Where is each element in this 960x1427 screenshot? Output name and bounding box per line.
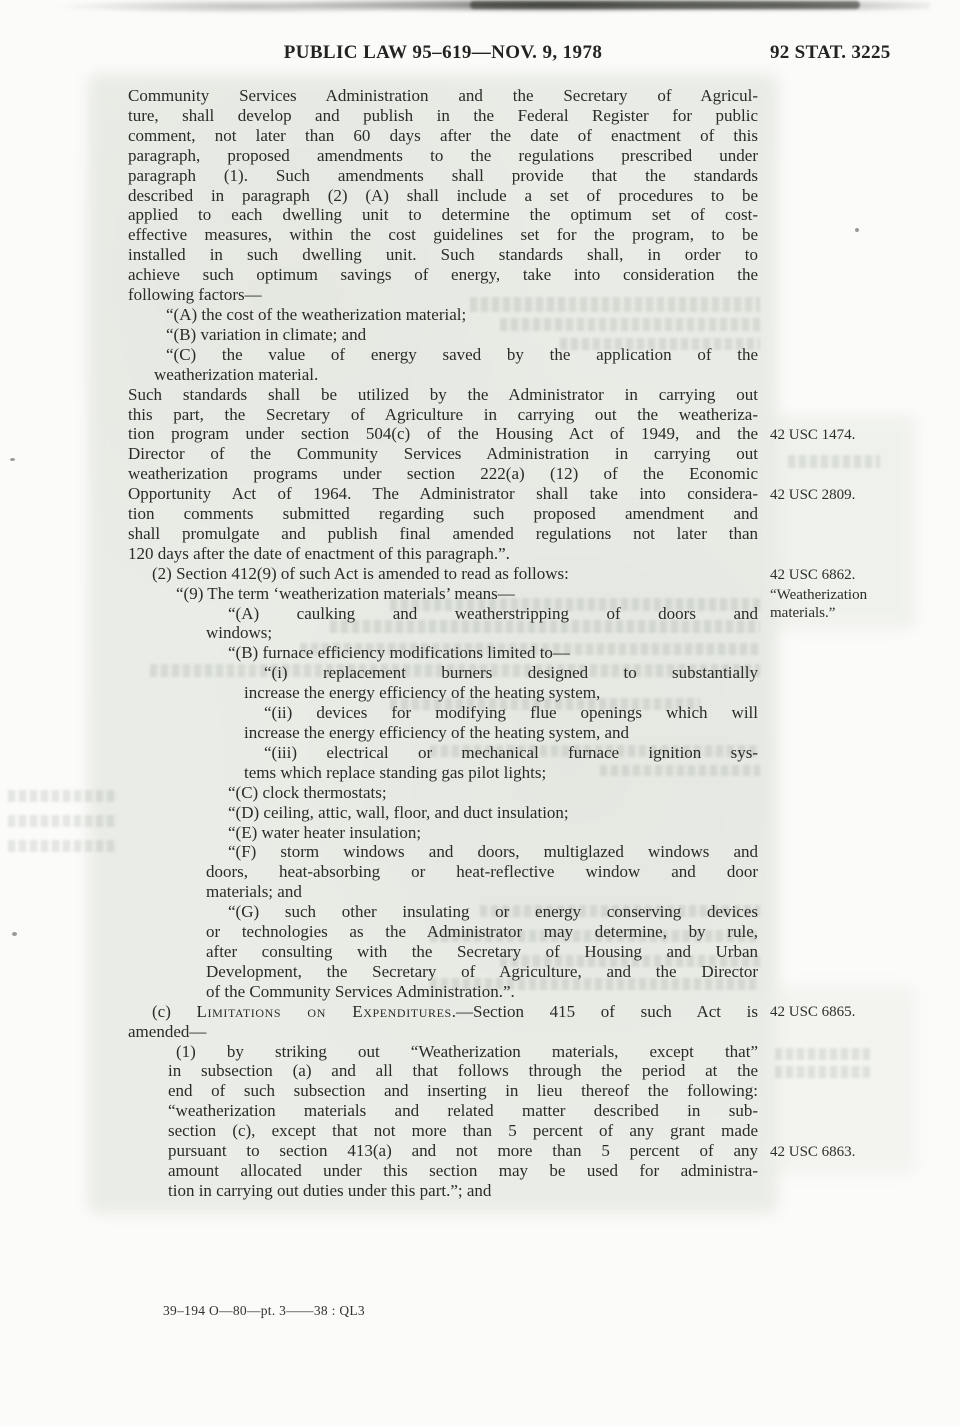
text-line: weatherization material. (154, 365, 758, 385)
text-line: tion program under section 504(c) of the… (128, 424, 758, 444)
text-line: Development, the Secretary of Agricultur… (206, 962, 758, 982)
text-line: “(C) clock thermostats; (228, 783, 758, 803)
text-line: “(D) ceiling, attic, wall, floor, and du… (228, 803, 758, 823)
text-line: (1) by striking out “Weatherization mate… (168, 1042, 758, 1062)
printer-footer: 39–194 O—80—pt. 3——38 : QL3 (163, 1303, 365, 1319)
text-line: tion in carrying out duties under this p… (168, 1181, 758, 1201)
text-line: paragraph, proposed amendments to the re… (128, 146, 758, 166)
text-line: (c) Limitations on Expenditures.—Section… (152, 1002, 758, 1022)
text-line: “(B) furnace efficiency modifications li… (228, 643, 758, 663)
text-line: achieve such optimum savings of energy, … (128, 265, 758, 285)
text-line: “(C) the value of energy saved by the ap… (166, 345, 758, 365)
text-line: “weatherization materials and related ma… (168, 1101, 758, 1121)
text-line: Such standards shall be utilized by the … (128, 385, 758, 405)
text-line: “(F) storm windows and doors, multiglaze… (228, 842, 758, 862)
text-line: amended— (128, 1022, 758, 1042)
bleed-through-artifact (775, 1048, 870, 1060)
text-line: “(iii) electrical or mechanical furnace … (264, 743, 758, 763)
text-line: installed in such dwelling unit. Such st… (128, 245, 758, 265)
margin-note: 42 USC 1474. (770, 426, 896, 444)
text-line: effective measures, within the cost guid… (128, 225, 758, 245)
text-line: or technologies as the Administrator may… (206, 922, 758, 942)
text-line: this part, the Secretary of Agriculture … (128, 405, 758, 425)
text-line: ture, shall develop and publish in the F… (128, 106, 758, 126)
page-header-title: PUBLIC LAW 95–619—NOV. 9, 1978 (128, 42, 758, 64)
text-line: shall promulgate and publish final amend… (128, 524, 758, 544)
text-line: described in paragraph (2) (A) shall inc… (128, 186, 758, 206)
text-line: increase the energy efficiency of the he… (244, 683, 758, 703)
statute-citation: 92 STAT. 3225 (770, 42, 920, 64)
scan-edge-smudge (30, 0, 930, 16)
margin-note: 42 USC 6863. (770, 1143, 896, 1161)
margin-note: 42 USC 6862. (770, 566, 896, 584)
text-line: “(A) the cost of the weatherization mate… (166, 305, 758, 325)
text-line: 120 days after the date of enactment of … (128, 544, 758, 564)
text-line: windows; (206, 623, 758, 643)
text-line: of the Community Services Administration… (206, 982, 758, 1002)
text-line: increase the energy efficiency of the he… (244, 723, 758, 743)
scan-speck (10, 458, 15, 461)
text-line: “(B) variation in climate; and (166, 325, 758, 345)
text-line: “(i) replacement burners designed to sub… (264, 663, 758, 683)
text-line: in subsection (a) and all that follows t… (168, 1061, 758, 1081)
text-line: end of such subsection and inserting in … (168, 1081, 758, 1101)
scanned-statute-page: { "page": { "header": { "title": "PUBLIC… (0, 0, 960, 1427)
margin-note: 42 USC 6865. (770, 1003, 896, 1021)
text-line: applied to each dwelling unit to determi… (128, 205, 758, 225)
text-line: Opportunity Act of 1964. The Administrat… (128, 484, 758, 504)
text-line: section (c), except that not more than 5… (168, 1121, 758, 1141)
text-line: “(E) water heater insulation; (228, 823, 758, 843)
text-line: “(A) caulking and weatherstripping of do… (228, 604, 758, 624)
text-line: paragraph (1). Such amendments shall pro… (128, 166, 758, 186)
text-line: pursuant to section 413(a) and not more … (168, 1141, 758, 1161)
text-line: (2) Section 412(9) of such Act is amende… (152, 564, 758, 584)
text-line: amount allocated under this section may … (168, 1161, 758, 1181)
text-line: weatherization programs under section 22… (128, 464, 758, 484)
body-text: Community Services Administration and th… (128, 86, 758, 1201)
text-line: doors, heat-absorbing or heat-reflective… (206, 862, 758, 882)
text-line: “(G) such other insulating or energy con… (228, 902, 758, 922)
margin-note: “Weatherization materials.” (770, 586, 896, 622)
text-line: Director of the Community Services Admin… (128, 444, 758, 464)
bleed-through-artifact (8, 790, 118, 802)
bleed-through-artifact (8, 840, 118, 852)
margin-note: 42 USC 2809. (770, 486, 896, 504)
text-line: Community Services Administration and th… (128, 86, 758, 106)
bleed-through-artifact (8, 815, 118, 827)
text-line: comment, not later than 60 days after th… (128, 126, 758, 146)
scan-speck (855, 228, 859, 232)
text-line: materials; and (206, 882, 758, 902)
scan-speck (12, 932, 17, 936)
text-line: following factors— (128, 285, 758, 305)
text-line: “(9) The term ‘weatherization materials’… (176, 584, 758, 604)
bleed-through-artifact (775, 1066, 870, 1078)
text-line: “(ii) devices for modifying flue opening… (264, 703, 758, 723)
text-line: after consulting with the Secretary of H… (206, 942, 758, 962)
bleed-through-artifact (788, 455, 880, 468)
text-line: tems which replace standing gas pilot li… (244, 763, 758, 783)
scan-edge-smudge (470, 1, 860, 9)
text-line: tion comments submitted regarding such p… (128, 504, 758, 524)
